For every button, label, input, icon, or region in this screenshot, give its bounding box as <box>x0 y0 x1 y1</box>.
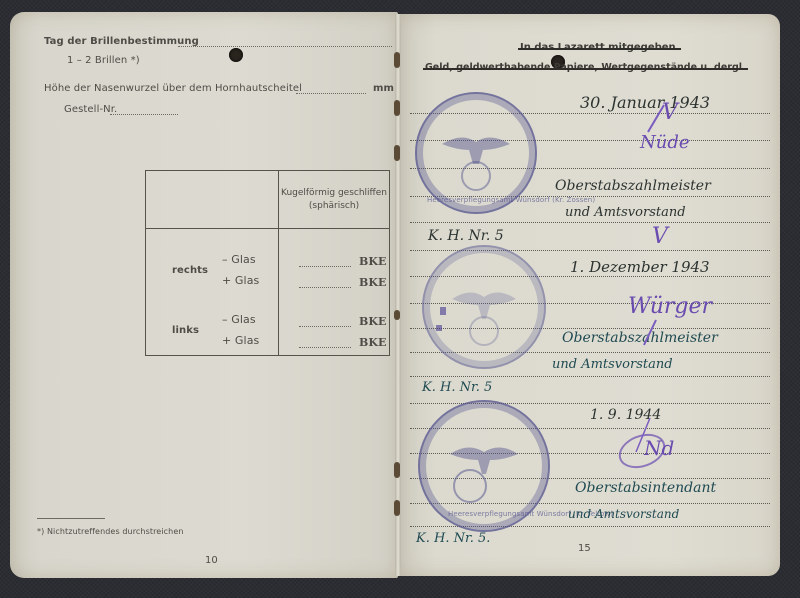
binding-stitch <box>394 462 400 478</box>
brillen-count-label: 1 – 2 Brillen *) <box>67 55 140 66</box>
official-stamp: Heeresverpflegungsamt Wünsdorf (Kr. Telt… <box>418 400 550 532</box>
header-label: Kugelförmig geschliffen <box>280 187 388 200</box>
footnote: *) Nichtzutreffendes durchstreichen <box>37 527 184 536</box>
binding-stitch <box>394 500 400 516</box>
eagle-emblem-icon <box>424 247 544 367</box>
bke-unit: BKE <box>359 315 387 328</box>
entry-3-unit: K. H. Nr. 5. <box>416 531 490 546</box>
binding-stitch <box>394 52 400 68</box>
entry-1-unit: K. H. Nr. 5 <box>428 228 504 244</box>
page-number-right: 15 <box>578 543 591 554</box>
bke-unit: BKE <box>359 255 387 268</box>
table-header-spherical: Kugelförmig geschliffen (sphärisch) <box>279 171 390 229</box>
eagle-emblem-icon <box>417 94 535 212</box>
entry-2-unit: K. H. Nr. 5 <box>422 380 492 395</box>
lens-prescription-table: Kugelförmig geschliffen (sphärisch) rech… <box>145 170 390 356</box>
hoehe-nasenwurzel-line <box>296 93 366 94</box>
glass-rechts-plus: + Glas <box>222 274 259 287</box>
bke-line <box>299 266 351 267</box>
gestell-nr-line <box>110 114 178 115</box>
hoehe-unit: mm <box>373 83 394 94</box>
binding-stitch <box>394 145 400 161</box>
glass-links-plus: + Glas <box>222 334 259 347</box>
side-rechts: rechts <box>172 265 208 276</box>
hoehe-nasenwurzel-label: Höhe der Nasenwurzel über dem Hornhautsc… <box>44 83 302 94</box>
official-stamp <box>422 245 546 369</box>
side-links: links <box>172 325 199 336</box>
header-sub-label: (sphärisch) <box>280 200 388 213</box>
struck-heading-valuables: Geld, geldwerthabende Papiere, Wertgegen… <box>425 62 746 73</box>
bke-unit: BKE <box>359 276 387 289</box>
binding-stitch <box>394 310 400 320</box>
stamp-text: Heeresverpflegungsamt Wünsdorf (Kr. Zoss… <box>427 196 595 204</box>
purple-pencil-strokes <box>600 80 720 500</box>
official-stamp: Heeresverpflegungsamt Wünsdorf (Kr. Zoss… <box>415 92 537 214</box>
page-number-left: 10 <box>205 555 218 566</box>
struck-heading-lazarett: In das Lazarett mitgegeben. <box>520 42 679 53</box>
tag-der-brillenbestimmung-label: Tag der Brillenbestimmung <box>44 36 199 47</box>
bke-line <box>299 347 351 348</box>
bke-line <box>299 326 351 327</box>
tag-der-brillenbestimmung-line <box>178 46 392 47</box>
bke-line <box>299 287 351 288</box>
book-spine <box>395 14 401 576</box>
entry-3-title-2: und Amtsvorstand <box>568 507 679 521</box>
glass-rechts-minus: – Glas <box>222 253 256 266</box>
side-column: rechts – Glas + Glas links – Glas + Glas <box>146 229 279 356</box>
footnote-rule <box>37 518 105 519</box>
value-column: BKE BKE BKE BKE <box>279 229 390 356</box>
binding-stitch <box>394 100 400 116</box>
glass-links-minus: – Glas <box>222 313 256 326</box>
bke-unit: BKE <box>359 336 387 349</box>
punch-hole <box>229 48 243 62</box>
table-header-empty <box>146 171 279 229</box>
